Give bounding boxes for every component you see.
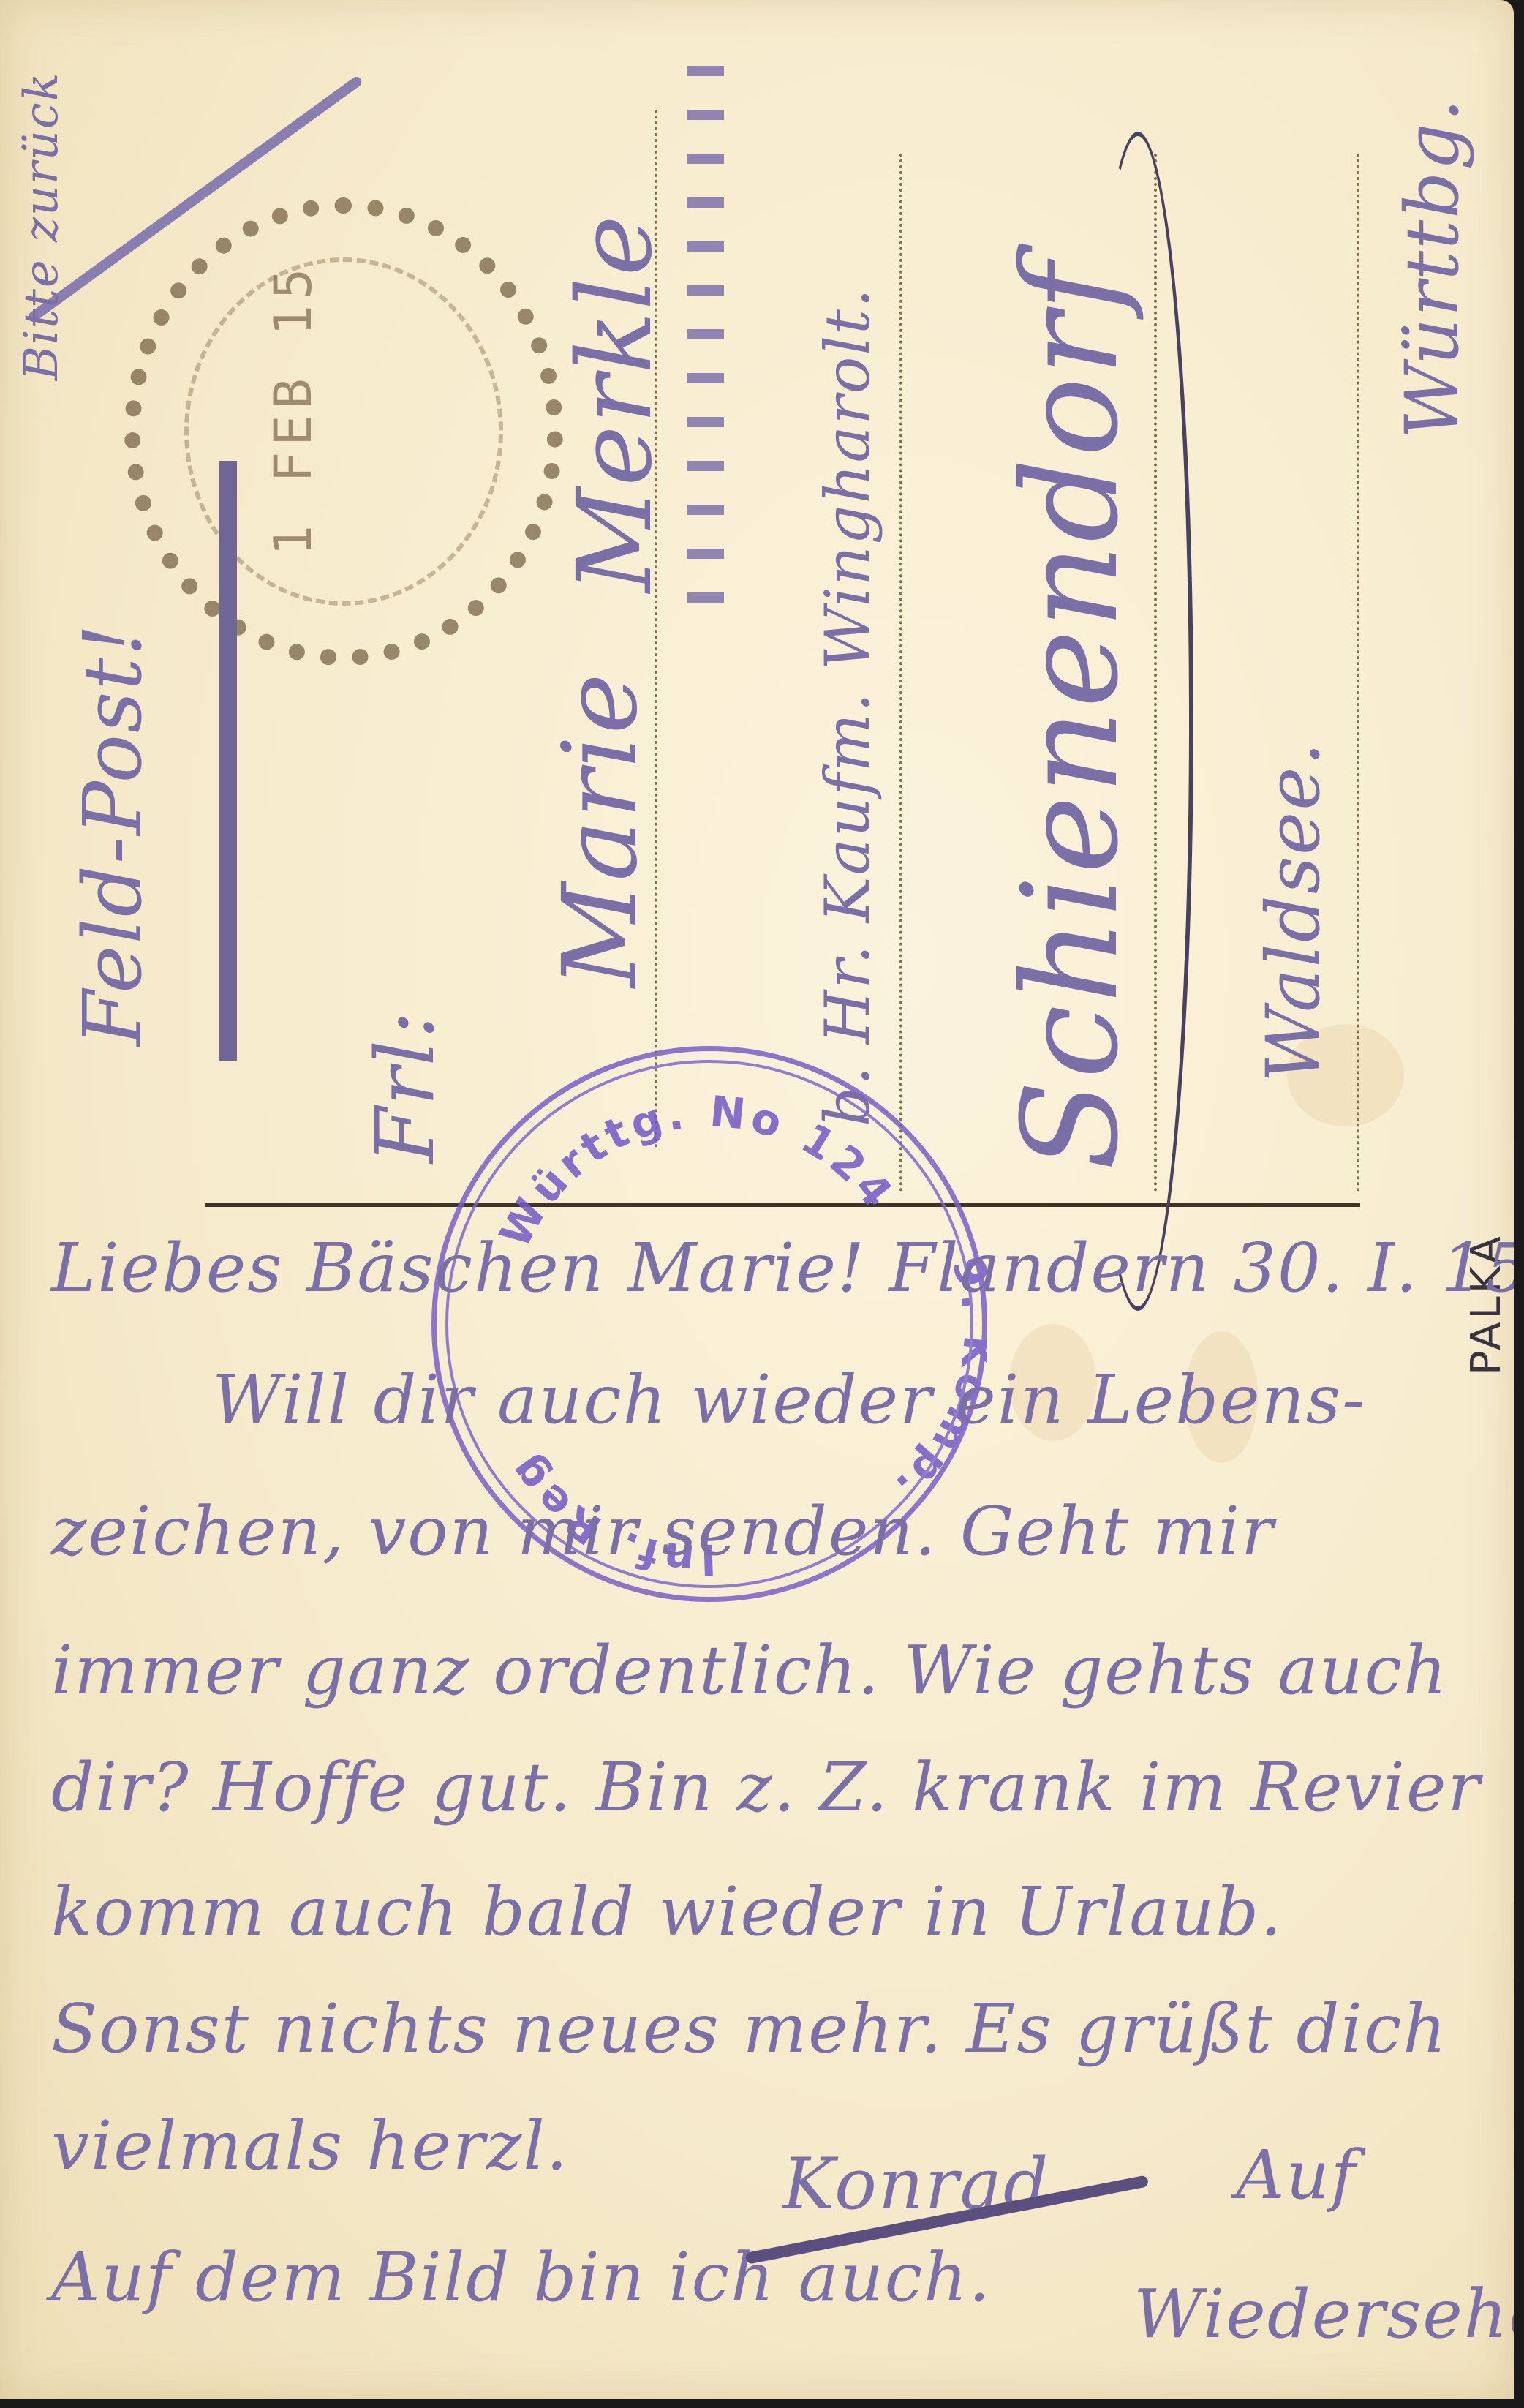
- message-line: Auf dem Bild bin ich auch.: [51, 2238, 992, 2317]
- message-line: immer ganz ordentlich. Wie gehts auch: [51, 1631, 1448, 1709]
- postcard: Bitte zurück 1 FEB 15 Feld-Post! Frl: Ma…: [0, 0, 1514, 2399]
- closing-line-2: Wiedersehen!: [1133, 2275, 1514, 2353]
- message-line: dir? Hoffe gut. Bin z. Z. krank im Revie…: [51, 1748, 1481, 1826]
- address-state: Württbg.: [1389, 97, 1475, 439]
- heading-underline: [219, 461, 237, 1061]
- address-rule: [899, 154, 902, 1192]
- address-post-office: Waldsee.: [1250, 741, 1336, 1083]
- town-flourish: [1082, 132, 1193, 1311]
- field-post-heading: Feld-Post!: [66, 622, 159, 1046]
- postmark-date: 1 FEB 15: [263, 263, 323, 556]
- message-line: Liebes Bäschen Marie! Flandern 30. I. 15…: [51, 1229, 1514, 1307]
- message-line: Sonst nichts neues mehr. Es grüßt dich: [51, 1990, 1448, 2068]
- postmark-circle: [124, 197, 563, 666]
- surname-flourish: [687, 44, 724, 607]
- corner-note: Bitte zurück: [15, 71, 69, 380]
- message-line: vielmals herzl.: [51, 2107, 569, 2185]
- message-line: zeichen, von mir senden. Geht mir: [51, 1492, 1275, 1570]
- closing-line-1: Auf: [1236, 2136, 1357, 2214]
- address-first-name: Marie: [541, 672, 660, 987]
- address-care-of: b. Hr. Kaufm. Wingharolt.: [812, 287, 883, 1126]
- address-rule: [1357, 154, 1359, 1192]
- message-line: komm auch bald wieder in Urlaub.: [51, 1873, 1283, 1951]
- message-line: Will dir auch wieder ein Lebens-: [212, 1361, 1366, 1439]
- address-surname: Merkle: [556, 214, 675, 592]
